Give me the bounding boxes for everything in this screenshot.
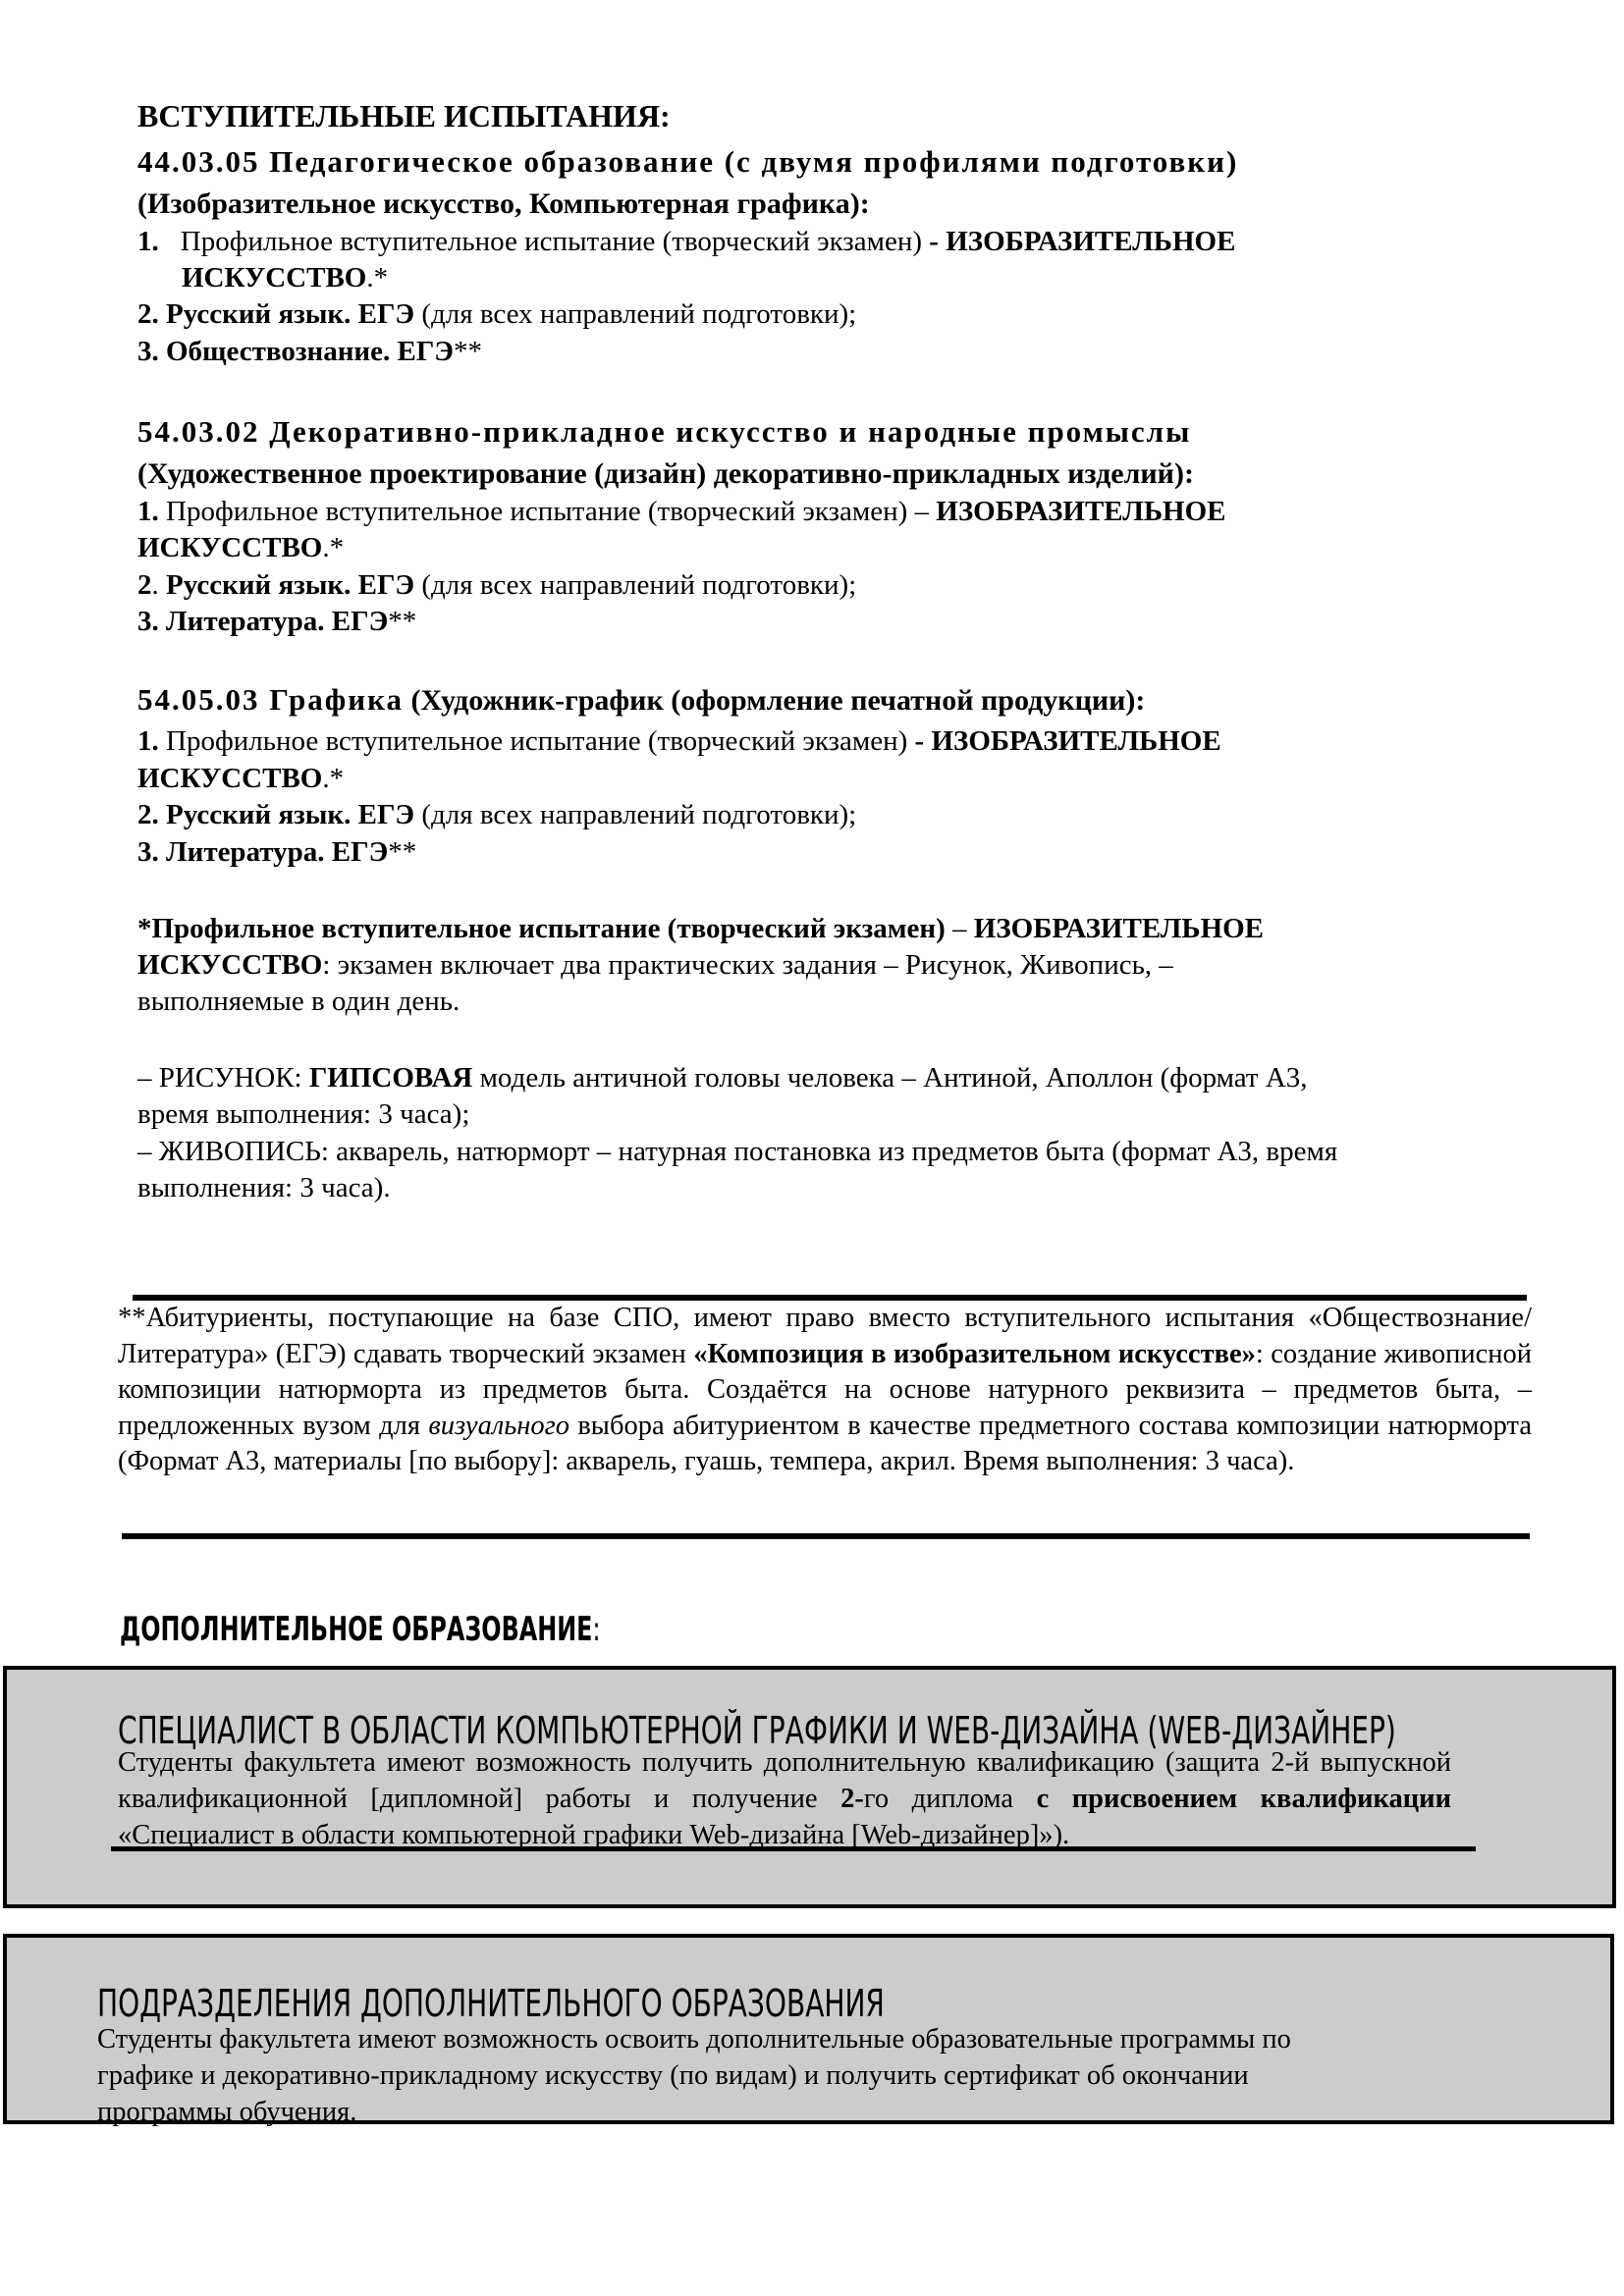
item-number: 1.: [137, 496, 159, 527]
painting-line-1: – ЖИВОПИСЬ: акварель, натюрморт – натурн…: [137, 1134, 1337, 1169]
program-1-profile: (Изобразительное искусство, Компьютерная…: [137, 187, 870, 222]
item-text: Профильное вступительное испытание (твор…: [159, 725, 908, 757]
item-subject-cont: ИСКУССТВО: [137, 532, 322, 563]
item-number: 2: [137, 569, 152, 601]
box-line-1: Студенты факультета имеют возможность ос…: [97, 2021, 1531, 2057]
box-bold-text: с присвоением квалификации: [1037, 1784, 1451, 1814]
item-suffix: .*: [322, 532, 344, 563]
program-3-item-1-cont: ИСКУССТВО.*: [137, 761, 344, 796]
box-rule: [111, 1846, 1476, 1851]
item-number: 3.: [137, 836, 159, 868]
item-number: 1.: [137, 725, 159, 757]
program-1-item-1-cont: ИСКУССТВО.*: [182, 260, 388, 295]
box-bold-num: 2-: [840, 1784, 864, 1814]
item-subject: Русский язык. ЕГЭ: [166, 298, 414, 330]
dash: –: [946, 913, 974, 944]
drawing-lead: – РИСУНОК:: [137, 1062, 309, 1094]
program-3-profile: (Художник-график (оформление печатной пр…: [404, 684, 1145, 717]
item-suffix: .*: [322, 763, 344, 794]
program-2-title: 54.03.02 Декоративно-прикладное искусств…: [137, 414, 1191, 450]
item-subject: Литература. ЕГЭ: [166, 606, 388, 637]
additional-education-title: ДОПОЛНИТЕЛЬНОЕ ОБРАЗОВАНИЕ:: [120, 1610, 601, 1649]
item-subject: ИЗОБРАЗИТЕЛЬНОЕ: [946, 226, 1235, 257]
footnote-1-line-1: *Профильное вступительное испытание (тво…: [137, 911, 1264, 946]
title-text: ДОПОЛНИТЕЛЬНОЕ ОБРАЗОВАНИЕ: [120, 1610, 592, 1649]
title-colon: :: [592, 1610, 600, 1649]
drawing-bold: ГИПСОВАЯ: [309, 1062, 472, 1094]
drawing-line-2: время выполнения: 3 часа);: [137, 1096, 469, 1132]
additional-units-title: ПОДРАЗДЕЛЕНИЯ ДОПОЛНИТЕЛЬНОГО ОБРАЗОВАНИ…: [97, 1982, 885, 2025]
footnote-1-line-3: выполняемые в один день.: [137, 984, 460, 1019]
item-subject-cont: ИСКУССТВО: [182, 262, 366, 294]
item-number: 3.: [137, 606, 159, 637]
footnote-2-italic: визуального: [428, 1411, 569, 1441]
program-2-item-1-cont: ИСКУССТВО.*: [137, 530, 344, 565]
program-1-title: 44.03.05 Педагогическое образование (с д…: [137, 144, 1238, 180]
program-2-item-2: 2. Русский язык. ЕГЭ (для всех направлен…: [137, 567, 856, 603]
footnote-desc: : экзамен включает два практических зада…: [322, 949, 1172, 981]
program-1-item-1: 1.Профильное вступительное испытание (тв…: [137, 224, 1235, 259]
item-subject: ИЗОБРАЗИТЕЛЬНОЕ: [936, 496, 1225, 527]
item-sep: -: [922, 226, 946, 257]
item-number: 2.: [137, 298, 159, 330]
item-text: Профильное вступительное испытание (твор…: [159, 496, 908, 527]
item-text: Профильное вступительное испытание (твор…: [181, 226, 922, 257]
entrance-exams-title: ВСТУПИТЕЛЬНЫЕ ИСПЫТАНИЯ:: [137, 98, 671, 133]
footnote-lead: *Профильное вступительное испытание (тво…: [137, 913, 946, 944]
item-sep: –: [907, 496, 936, 527]
program-3-code: 54.05.03 Графика: [137, 682, 404, 717]
program-3-item-2: 2. Русский язык. ЕГЭ (для всех направлен…: [137, 797, 856, 832]
item-number: 1.: [137, 226, 159, 257]
item-subject-cont: ИСКУССТВО: [137, 763, 322, 794]
drawing-line-1: – РИСУНОК: ГИПСОВАЯ модель античной голо…: [137, 1060, 1308, 1095]
item-suffix: **: [388, 606, 416, 637]
item-suffix: .*: [366, 262, 388, 294]
footnote-subject-cont: ИСКУССТВО: [137, 949, 322, 981]
item-text: (для всех направлений подготовки);: [414, 298, 856, 330]
program-2-item-3: 3. Литература. ЕГЭ**: [137, 604, 416, 639]
item-text: (для всех направлений подготовки);: [414, 569, 856, 601]
additional-units-box: ПОДРАЗДЕЛЕНИЯ ДОПОЛНИТЕЛЬНОГО ОБРАЗОВАНИ…: [3, 1934, 1614, 2124]
item-text: (для всех направлений подготовки);: [414, 799, 856, 830]
web-designer-text: Студенты факультета имеют возможность по…: [118, 1744, 1451, 1853]
rule-bottom: [122, 1533, 1530, 1539]
box-line-3: программы обучения.: [97, 2094, 1531, 2130]
footnote-1-line-2: ИСКУССТВО: экзамен включает два практиче…: [137, 947, 1173, 983]
program-2-item-1: 1. Профильное вступительное испытание (т…: [137, 494, 1226, 529]
item-suffix: **: [388, 836, 416, 868]
footnote-2: **Абитуриенты, поступающие на базе СПО, …: [118, 1301, 1532, 1480]
program-1-item-3: 3. Обществознание. ЕГЭ**: [137, 334, 482, 369]
drawing-text: модель античной головы человека – Антино…: [472, 1062, 1307, 1094]
item-subject: ИЗОБРАЗИТЕЛЬНОЕ: [931, 725, 1220, 757]
program-3-item-3: 3. Литература. ЕГЭ**: [137, 834, 416, 870]
program-3-title: 54.05.03 Графика (Художник-график (оформ…: [137, 682, 1145, 719]
item-subject: Литература. ЕГЭ: [166, 836, 388, 868]
footnote-subject: ИЗОБРАЗИТЕЛЬНОЕ: [974, 913, 1264, 944]
title-text: ВСТУПИТЕЛЬНЫЕ ИСПЫТАНИЯ: [137, 98, 660, 133]
item-subject: Русский язык. ЕГЭ: [166, 569, 414, 601]
footnote-2-bold: «Композиция в изобразительном искусстве»: [693, 1339, 1256, 1369]
box-line-2: графике и декоративно-прикладному искусс…: [97, 2057, 1531, 2094]
web-designer-box: СПЕЦИАЛИСТ В ОБЛАСТИ КОМПЬЮТЕРНОЙ ГРАФИК…: [3, 1666, 1616, 1908]
item-number: 2.: [137, 799, 159, 830]
program-1-item-2: 2. Русский язык. ЕГЭ (для всех направлен…: [137, 296, 856, 332]
program-2-profile: (Художественное проектирование (дизайн) …: [137, 456, 1194, 492]
painting-line-2: выполнения: 3 часа).: [137, 1170, 391, 1205]
additional-units-text: Студенты факультета имеют возможность ос…: [97, 2021, 1531, 2130]
item-subject: Обществознание. ЕГЭ: [166, 336, 454, 367]
title-colon: :: [660, 98, 671, 133]
item-suffix: **: [454, 336, 482, 367]
box-text-2: го диплома: [864, 1784, 1037, 1814]
item-subject: Русский язык. ЕГЭ: [166, 799, 414, 830]
item-number-suffix: .: [152, 569, 167, 601]
program-3-item-1: 1. Профильное вступительное испытание (т…: [137, 723, 1221, 759]
item-sep: -: [907, 725, 931, 757]
item-number: 3.: [137, 336, 159, 367]
